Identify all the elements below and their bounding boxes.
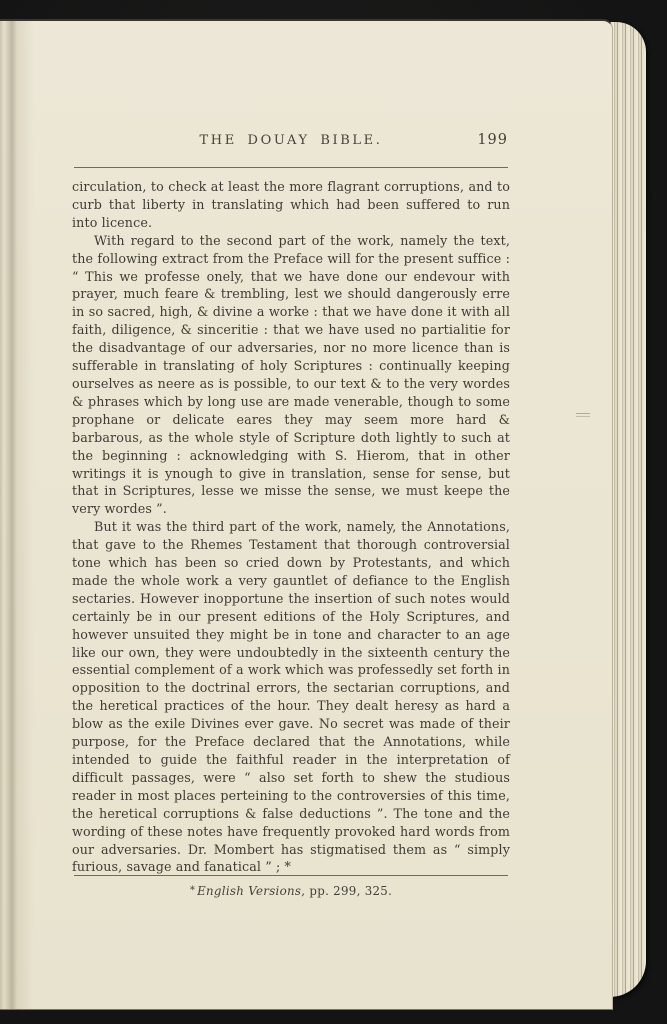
page-body: circulation, to check at least the more …: [72, 178, 510, 876]
footnote-work-title: English Versions: [197, 884, 301, 898]
book-page: THE DOUAY BIBLE. 199 circulation, to che…: [0, 19, 613, 1010]
footnote-detail: , pp. 299, 325.: [301, 884, 392, 898]
header-rule: [74, 167, 508, 168]
footnote-rule: [74, 875, 508, 876]
scan-artifact-mark: [576, 413, 590, 417]
paragraph: But it was the third part of the work, n…: [72, 518, 510, 876]
paragraph: circulation, to check at least the more …: [72, 178, 510, 232]
footnote-marker: *: [190, 885, 195, 896]
book-scan-background: { "header": { "title": "THE DOUAY BIBLE.…: [0, 0, 667, 1024]
paragraph: With regard to the second part of the wo…: [72, 232, 510, 519]
page-number: 199: [477, 132, 508, 148]
footnote: *English Versions, pp. 299, 325.: [72, 884, 510, 898]
running-title: THE DOUAY BIBLE.: [72, 133, 510, 148]
page-header: THE DOUAY BIBLE. 199: [72, 133, 510, 157]
